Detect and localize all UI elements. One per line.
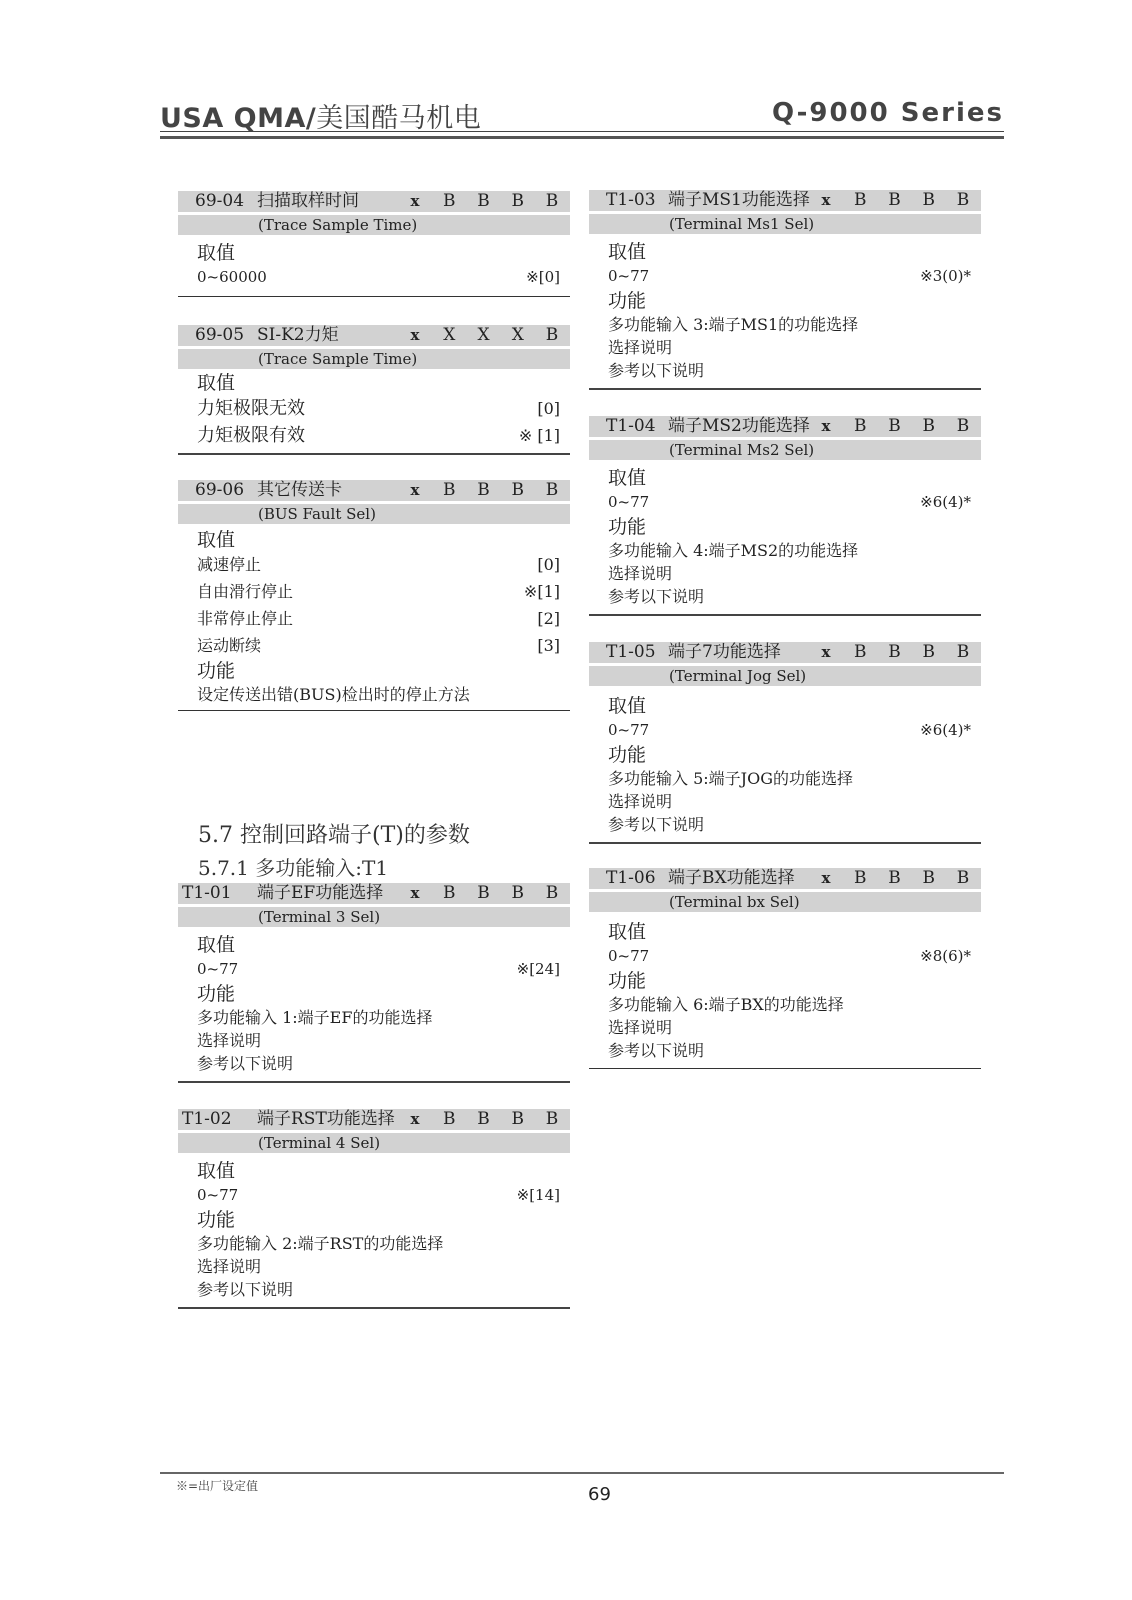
flag: B [850,868,870,889]
flag: B [439,883,459,904]
value-label: 取值 [608,920,971,944]
flag: x [816,416,836,437]
param-code: T1-04 [606,416,656,437]
param-subtitle: (Terminal 3 Sel) [258,907,380,927]
param-block-69-05: 69-05 SI-K2力矩 x X X X B (Trace Sample Ti… [178,325,570,455]
flag: B [885,190,905,211]
option-label: 减速停止 [197,552,261,578]
param-subtitle-bar: (Terminal Ms1 Sel) [589,214,981,234]
function-label: 功能 [197,659,560,683]
param-subtitle: (Terminal bx Sel) [669,892,800,912]
option-value: [3] [537,632,560,659]
param-flags: x B B B B [405,1109,562,1130]
footer-rule [160,1472,1004,1474]
option-value: [0] [537,552,560,578]
value-range: 0~77 [608,944,649,969]
function-label: 功能 [608,289,971,313]
param-title: 端子EF功能选择 [257,883,383,904]
param-code: T1-05 [606,642,656,663]
flag: x [405,325,425,346]
flag: B [953,190,973,211]
value-row: 0~77※6(4)* [608,718,971,743]
param-title: 端子RST功能选择 [257,1109,395,1130]
select-label: 选择说明 [608,790,971,813]
value-row: 0~60000※[0] [197,265,560,290]
series-title: Q-9000 Series [772,98,1004,128]
param-code: T1-03 [606,190,656,211]
flag: x [405,883,425,904]
function-label: 功能 [608,743,971,767]
param-block-t1-02: T1-02 端子RST功能选择 x B B B B (Terminal 4 Se… [178,1109,570,1309]
param-block-t1-01: T1-01 端子EF功能选择 x B B B B (Terminal 3 Sel… [178,883,570,1083]
select-text: 参考以下说明 [608,585,971,608]
flag: B [850,642,870,663]
param-title: 端子7功能选择 [668,642,781,663]
document-header-brand: USA QMA/美国酷马机电 [160,96,481,135]
flag: X [508,325,528,346]
param-title: 端子BX功能选择 [668,868,795,889]
function-text: 多功能输入 5:端子JOG的功能选择 [608,767,971,790]
option-value: ※[1] [524,578,560,605]
value-default: ※8(6)* [920,944,971,969]
select-label: 选择说明 [197,1029,560,1052]
flag: B [439,1109,459,1130]
flag: B [953,416,973,437]
flag: B [953,868,973,889]
value-range: 0~77 [197,1183,238,1208]
block-end-rule [178,453,570,455]
block-end-rule [589,614,981,616]
param-flags: x B B B B [816,190,973,211]
value-row: 0~77※6(4)* [608,490,971,515]
value-row: 力矩极限无效[0] [197,395,560,422]
value-label: 取值 [197,528,560,552]
param-title-bar: 69-05 SI-K2力矩 x X X X B [178,325,570,346]
param-subtitle: (Trace Sample Time) [258,215,417,235]
value-default: ※6(4)* [920,718,971,743]
flag: B [919,190,939,211]
value-range: 0~77 [197,957,238,982]
param-code: 69-04 [195,191,244,212]
flag: B [439,191,459,212]
function-text: 多功能输入 6:端子BX的功能选择 [608,993,971,1016]
value-row: 0~77※[24] [197,957,560,982]
option-value: ※ [1] [519,422,560,449]
param-code: 69-05 [195,325,244,346]
flag: B [919,868,939,889]
param-code: T1-02 [182,1109,232,1130]
flag: B [474,191,494,212]
param-block-t1-06: T1-06 端子BX功能选择 x B B B B (Terminal bx Se… [589,868,981,1069]
value-label: 取值 [608,466,971,490]
flag: x [816,868,836,889]
param-subtitle-bar: (Terminal bx Sel) [589,892,981,912]
value-default: ※[24] [517,957,560,982]
param-block-t1-03: T1-03 端子MS1功能选择 x B B B B (Terminal Ms1 … [589,190,981,390]
value-row: 非常停止停止[2] [197,605,560,632]
header-rule-thin [160,131,1004,132]
function-text: 多功能输入 2:端子RST的功能选择 [197,1232,560,1255]
param-block-t1-04: T1-04 端子MS2功能选择 x B B B B (Terminal Ms2 … [589,416,981,616]
param-subtitle: (Terminal Ms1 Sel) [669,214,814,234]
flag: B [919,416,939,437]
flag: B [474,480,494,501]
flag: B [542,883,562,904]
block-end-rule [178,1307,570,1309]
value-label: 取值 [197,1159,560,1183]
value-row: 减速停止[0] [197,552,560,578]
brand-name: USA QMA/ [160,103,316,134]
flag: B [474,883,494,904]
flag: B [542,480,562,501]
flag: x [405,191,425,212]
select-label: 选择说明 [197,1255,560,1278]
block-end-rule [178,710,570,711]
select-text: 参考以下说明 [197,1278,560,1301]
value-range: 0~77 [608,718,649,743]
flag: B [953,642,973,663]
value-range: 0~77 [608,264,649,289]
value-range: 0~60000 [197,265,267,290]
param-block-69-04: 69-04 扫描取样时间 x B B B B (Trace Sample Tim… [178,191,570,297]
select-text: 参考以下说明 [608,1039,971,1062]
select-label: 选择说明 [608,336,971,359]
param-code: T1-01 [182,883,232,904]
param-title-bar: T1-02 端子RST功能选择 x B B B B [178,1109,570,1130]
header-rule-thick [160,136,1004,139]
param-subtitle-bar: (BUS Fault Sel) [178,504,570,524]
param-subtitle-bar: (Terminal 4 Sel) [178,1133,570,1153]
function-label: 功能 [197,1208,560,1232]
flag: B [508,480,528,501]
value-row: 0~77※8(6)* [608,944,971,969]
param-code: T1-06 [606,868,656,889]
param-subtitle-bar: (Trace Sample Time) [178,215,570,235]
option-label: 非常停止停止 [197,605,293,632]
param-title-bar: T1-05 端子7功能选择 x B B B B [589,642,981,663]
param-subtitle: (Terminal Ms2 Sel) [669,440,814,460]
function-label: 功能 [197,982,560,1006]
value-row: 0~77※3(0)* [608,264,971,289]
param-title-bar: T1-01 端子EF功能选择 x B B B B [178,883,570,904]
flag: X [439,325,459,346]
value-label: 取值 [197,241,560,265]
param-title: 扫描取样时间 [257,191,359,212]
block-end-rule [589,388,981,390]
flag: B [850,190,870,211]
option-label: 自由滑行停止 [197,578,293,605]
select-label: 选择说明 [608,1016,971,1039]
param-title-bar: T1-06 端子BX功能选择 x B B B B [589,868,981,889]
function-text: 多功能输入 3:端子MS1的功能选择 [608,313,971,336]
param-subtitle: (Terminal 4 Sel) [258,1133,380,1153]
flag: B [508,1109,528,1130]
flag: B [542,1109,562,1130]
function-label: 功能 [608,969,971,993]
function-text: 多功能输入 4:端子MS2的功能选择 [608,539,971,562]
page-number: 69 [588,1484,611,1505]
block-end-rule [178,296,570,297]
param-flags: x X X X B [405,325,562,346]
flag: x [405,1109,425,1130]
param-subtitle: (BUS Fault Sel) [258,504,376,524]
footnote: ※=出厂设定值 [176,1477,258,1494]
flag: B [885,868,905,889]
param-flags: x B B B B [405,191,562,212]
param-subtitle-bar: (Terminal 3 Sel) [178,907,570,927]
flag: B [439,480,459,501]
value-row: 运动断续[3] [197,632,560,659]
value-default: ※3(0)* [920,264,971,289]
flag: x [816,190,836,211]
param-title: 端子MS2功能选择 [668,416,810,437]
param-flags: x B B B B [405,480,562,501]
function-text: 多功能输入 1:端子EF的功能选择 [197,1006,560,1029]
option-label: 运动断续 [197,632,261,659]
value-range: 0~77 [608,490,649,515]
value-row: 0~77※[14] [197,1183,560,1208]
flag: B [850,416,870,437]
param-subtitle-bar: (Trace Sample Time) [178,349,570,369]
param-subtitle-bar: (Terminal Jog Sel) [589,666,981,686]
value-label: 取值 [608,694,971,718]
param-title-bar: 69-04 扫描取样时间 x B B B B [178,191,570,212]
flag: x [816,642,836,663]
option-value: [0] [537,395,560,422]
select-text: 参考以下说明 [197,1052,560,1075]
value-row: 力矩极限有效※ [1] [197,422,560,449]
param-title: 其它传送卡 [257,480,342,501]
param-title: 端子MS1功能选择 [668,190,810,211]
flag: B [885,642,905,663]
value-label: 取值 [608,240,971,264]
brand-name-cn: 美国酷马机电 [316,103,481,134]
value-label: 取值 [197,371,560,395]
param-title-bar: T1-04 端子MS2功能选择 x B B B B [589,416,981,437]
value-row: 自由滑行停止※[1] [197,578,560,605]
param-subtitle-bar: (Terminal Ms2 Sel) [589,440,981,460]
value-default: ※[14] [517,1183,560,1208]
param-code: 69-06 [195,480,244,501]
flag: B [542,325,562,346]
flag: B [474,1109,494,1130]
param-block-t1-05: T1-05 端子7功能选择 x B B B B (Terminal Jog Se… [589,642,981,844]
flag: B [919,642,939,663]
param-flags: x B B B B [816,416,973,437]
flag: X [474,325,494,346]
subsection-heading: 5.7.1 多功能输入:T1 [198,852,388,881]
option-value: [2] [537,605,560,632]
value-default: ※[0] [526,265,560,290]
value-label: 取值 [197,933,560,957]
block-end-rule [589,842,981,844]
param-flags: x B B B B [816,868,973,889]
param-title: SI-K2力矩 [257,325,339,346]
param-subtitle: (Terminal Jog Sel) [669,666,806,686]
select-label: 选择说明 [608,562,971,585]
flag: x [405,480,425,501]
param-title-bar: 69-06 其它传送卡 x B B B B [178,480,570,501]
block-end-rule [178,1081,570,1083]
param-title-bar: T1-03 端子MS1功能选择 x B B B B [589,190,981,211]
option-label: 力矩极限有效 [197,422,305,449]
select-text: 参考以下说明 [608,813,971,836]
function-text: 设定传送出错(BUS)检出时的停止方法 [197,683,560,706]
block-end-rule [589,1068,981,1069]
section-heading: 5.7 控制回路端子(T)的参数 [198,818,470,849]
flag: B [885,416,905,437]
flag: B [508,883,528,904]
value-default: ※6(4)* [920,490,971,515]
param-subtitle: (Trace Sample Time) [258,349,417,369]
param-flags: x B B B B [816,642,973,663]
function-label: 功能 [608,515,971,539]
flag: B [542,191,562,212]
param-flags: x B B B B [405,883,562,904]
param-block-69-06: 69-06 其它传送卡 x B B B B (BUS Fault Sel) 取值… [178,480,570,711]
select-text: 参考以下说明 [608,359,971,382]
flag: B [508,191,528,212]
option-label: 力矩极限无效 [197,395,305,422]
